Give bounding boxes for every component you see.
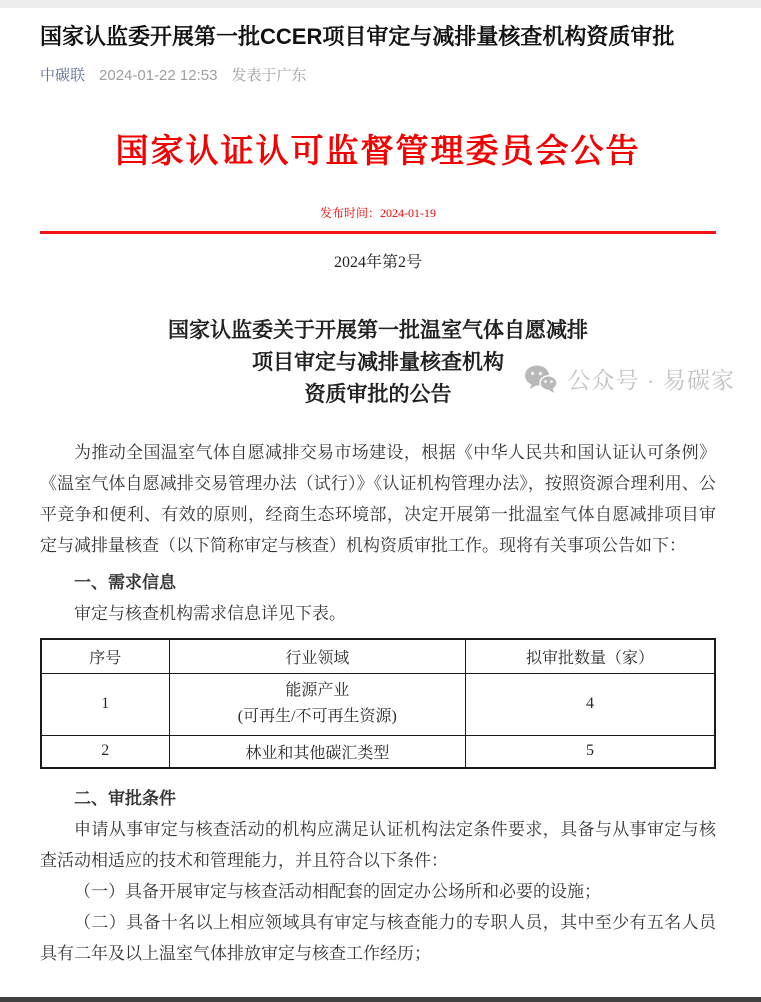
- cell-row1-no: 1: [41, 673, 169, 735]
- table-header-row: 序号 行业领域 拟审批数量（家）: [41, 639, 715, 673]
- publish-datetime: 2024-01-22 12:53: [99, 65, 217, 86]
- cell-row2-count: 5: [466, 735, 715, 768]
- header-cell-field: 行业领域: [169, 639, 466, 673]
- cell-row1-field-line2: (可再生/不可再生资源): [176, 704, 460, 730]
- top-window-edge: [0, 0, 761, 8]
- notice-doc-number: 2024年第2号: [40, 252, 716, 274]
- notice-title-line2: 项目审定与减排量核查机构: [40, 346, 716, 378]
- account-name-link[interactable]: 中碳联: [40, 65, 85, 86]
- cell-row1-field-line1: 能源产业: [176, 678, 460, 704]
- cell-row2-no: 2: [41, 735, 169, 768]
- header-cell-count: 拟审批数量（家）: [466, 639, 715, 673]
- intro-paragraph: 为推动全国温室气体自愿减排交易市场建设，根据《中华人民共和国认证认可条例》《温室…: [40, 437, 716, 561]
- cell-row1-count: 4: [466, 673, 715, 735]
- section1-heading: 一、需求信息: [40, 567, 716, 598]
- table-row: 1 能源产业 (可再生/不可再生资源) 4: [41, 673, 715, 735]
- article-content: 国家认监委开展第一批CCER项目审定与减排量核查机构资质审批 中碳联 2024-…: [0, 22, 761, 969]
- condition1-paragraph: （一）具备开展审定与核查活动相配套的固定办公场所和必要的设施；: [40, 876, 716, 907]
- publish-location: 发表于广东: [231, 65, 306, 86]
- notice-title-line3: 资质审批的公告: [40, 378, 716, 410]
- table-row: 2 林业和其他碳汇类型 5: [41, 735, 715, 768]
- red-divider: [40, 231, 716, 234]
- cell-row2-field: 林业和其他碳汇类型: [169, 735, 466, 768]
- section2-heading: 二、审批条件: [40, 783, 716, 814]
- article-title: 国家认监委开展第一批CCER项目审定与减排量核查机构资质审批: [40, 22, 716, 52]
- demand-table: 序号 行业领域 拟审批数量（家） 1 能源产业 (可再生/不可再生资源) 4 2…: [40, 638, 716, 769]
- header-cell-no: 序号: [41, 639, 169, 673]
- byline: 中碳联 2024-01-22 12:53 发表于广东: [40, 65, 716, 86]
- notice-publish-time: 发布时间：2024-01-19: [40, 205, 716, 221]
- notice-header: 国家认证认可监督管理委员会公告: [40, 132, 716, 172]
- bottom-window-edge: [0, 997, 761, 1002]
- notice-title: 国家认监委关于开展第一批温室气体自愿减排 项目审定与减排量核查机构 资质审批的公…: [40, 314, 716, 410]
- section1-intro: 审定与核查机构需求信息详见下表。: [40, 598, 716, 629]
- condition2-paragraph: （二）具备十名以上相应领域具有审定与核查能力的专职人员，其中至少有五名人员具有二…: [40, 907, 716, 969]
- notice-title-line1: 国家认监委关于开展第一批温室气体自愿减排: [40, 314, 716, 346]
- cell-row1-field: 能源产业 (可再生/不可再生资源): [169, 673, 466, 735]
- section2-intro: 申请从事审定与核查活动的机构应满足认证机构法定条件要求，具备与从事审定与核查活动…: [40, 814, 716, 876]
